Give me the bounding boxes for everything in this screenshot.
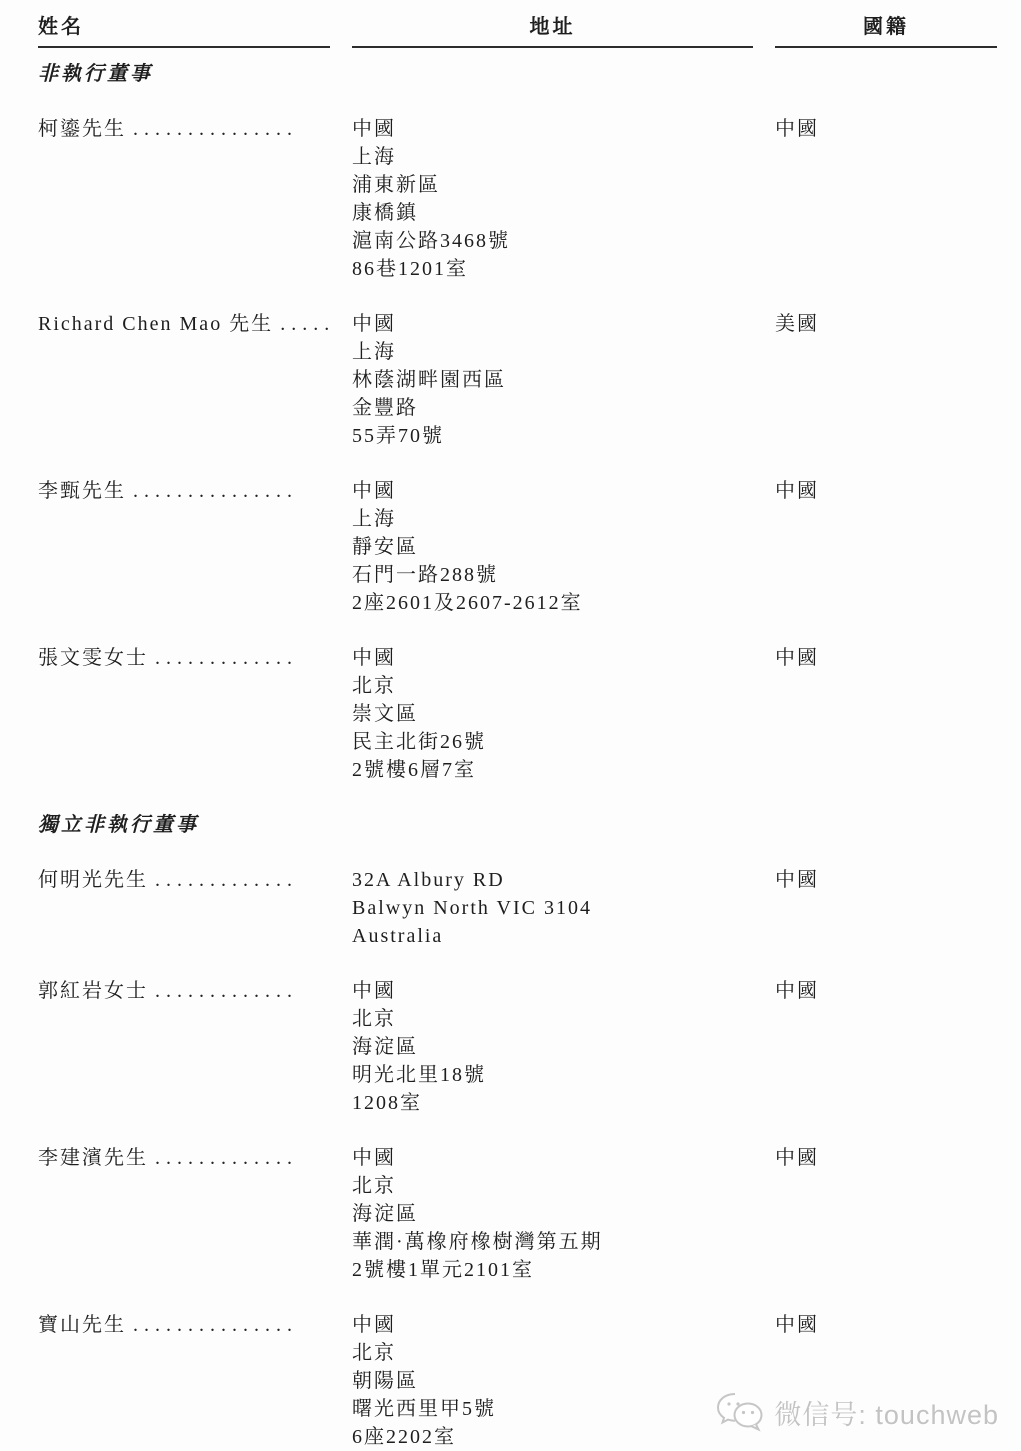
address-line: 中國 <box>352 115 753 143</box>
address-line: 中國 <box>352 310 753 338</box>
director-address-cell: 中國 上海 靜安區 石門一路288號 2座2601及2607-2612室 <box>352 477 753 617</box>
address-line: Australia <box>352 922 753 950</box>
address-line: 曙光西里甲5號 <box>352 1395 753 1423</box>
director-name-cell: 寶山先生............... <box>38 1311 330 1451</box>
address-line: 民主北街26號 <box>352 728 753 756</box>
directors-table: 姓名 地址 國籍 非執行董事 柯鎏先生............... 中國 上海… <box>38 14 997 1451</box>
director-nationality: 中國 <box>775 1144 997 1284</box>
director-name-cell: 何明光先生............. <box>38 866 330 950</box>
leader-dots: ............. <box>155 1147 298 1169</box>
address-line: 2座2601及2607-2612室 <box>352 589 753 617</box>
address-line: 北京 <box>352 672 753 700</box>
address-line: 2號樓1單元2101室 <box>352 1256 753 1284</box>
table-row: 張文雯女士............. 中國 北京 崇文區 民主北街26號 2號樓… <box>38 644 997 784</box>
director-name-cell: 李建濱先生............. <box>38 1144 330 1284</box>
address-line: 2號樓6層7室 <box>352 756 753 784</box>
director-address-cell: 中國 上海 浦東新區 康橋鎮 滬南公路3468號 86巷1201室 <box>352 115 753 283</box>
address-line: 1208室 <box>352 1089 753 1117</box>
leader-dots: ............... <box>133 118 298 140</box>
address-line: 北京 <box>352 1172 753 1200</box>
address-line: 上海 <box>352 143 753 171</box>
address-line: 86巷1201室 <box>352 255 753 283</box>
leader-dots: ............... <box>133 480 298 502</box>
director-address-cell: 中國 北京 崇文區 民主北街26號 2號樓6層7室 <box>352 644 753 784</box>
table-row: 郭紅岩女士............. 中國 北京 海淀區 明光北里18號 120… <box>38 977 997 1117</box>
leader-dots: ............. <box>155 980 298 1002</box>
director-name-cell: 張文雯女士............. <box>38 644 330 784</box>
section-title-non-executive-directors: 非執行董事 <box>38 60 997 88</box>
director-name-cell: 郭紅岩女士............. <box>38 977 330 1117</box>
watermark-label: 微信号: touchweb <box>774 1393 999 1432</box>
address-line: 康橋鎮 <box>352 199 753 227</box>
director-address-cell: 中國 上海 林蔭湖畔園西區 金豐路 55弄70號 <box>352 310 753 450</box>
address-line: 32A Albury RD <box>352 866 753 894</box>
address-line: 滬南公路3468號 <box>352 227 753 255</box>
director-nationality: 中國 <box>775 115 997 283</box>
column-header-nationality: 國籍 <box>775 14 997 48</box>
director-name: Richard Chen Mao 先生 <box>38 313 273 335</box>
director-name-cell: Richard Chen Mao 先生..... <box>38 310 330 450</box>
director-nationality: 中國 <box>775 977 997 1117</box>
address-line: 中國 <box>352 644 753 672</box>
table-header-row: 姓名 地址 國籍 <box>38 14 997 48</box>
table-row: 李建濱先生............. 中國 北京 海淀區 華潤·萬橡府橡樹灣第五… <box>38 1144 997 1284</box>
director-name: 李建濱先生 <box>38 1147 148 1169</box>
director-name: 何明光先生 <box>38 869 148 891</box>
director-name-cell: 柯鎏先生............... <box>38 115 330 283</box>
document-page: 姓名 地址 國籍 非執行董事 柯鎏先生............... 中國 上海… <box>0 0 1021 1451</box>
column-header-address: 地址 <box>352 14 753 48</box>
address-line: Balwyn North VIC 3104 <box>352 894 753 922</box>
address-line: 中國 <box>352 1144 753 1172</box>
leader-dots: ............... <box>133 1314 298 1336</box>
director-address-cell: 中國 北京 朝陽區 曙光西里甲5號 6座2202室 <box>352 1311 753 1451</box>
address-line: 中國 <box>352 977 753 1005</box>
director-name: 李甄先生 <box>38 480 126 502</box>
address-line: 靜安區 <box>352 533 753 561</box>
director-address-cell: 中國 北京 海淀區 明光北里18號 1208室 <box>352 977 753 1117</box>
director-nationality: 中國 <box>775 644 997 784</box>
director-nationality: 中國 <box>775 477 997 617</box>
address-line: 崇文區 <box>352 700 753 728</box>
watermark: 微信号: touchweb <box>715 1391 999 1433</box>
address-line: 55弄70號 <box>352 422 753 450</box>
column-header-name: 姓名 <box>38 14 330 48</box>
address-line: 上海 <box>352 338 753 366</box>
director-name: 柯鎏先生 <box>38 118 126 140</box>
leader-dots: ............. <box>155 647 298 669</box>
address-line: 中國 <box>352 477 753 505</box>
address-line: 華潤·萬橡府橡樹灣第五期 <box>352 1228 753 1256</box>
address-line: 海淀區 <box>352 1033 753 1061</box>
table-row: 柯鎏先生............... 中國 上海 浦東新區 康橋鎮 滬南公路3… <box>38 115 997 283</box>
address-line: 浦東新區 <box>352 171 753 199</box>
address-line: 明光北里18號 <box>352 1061 753 1089</box>
director-name-cell: 李甄先生............... <box>38 477 330 617</box>
address-line: 石門一路288號 <box>352 561 753 589</box>
table-row: 李甄先生............... 中國 上海 靜安區 石門一路288號 2… <box>38 477 997 617</box>
leader-dots: ............. <box>155 869 298 891</box>
address-line: 中國 <box>352 1311 753 1339</box>
table-row: 何明光先生............. 32A Albury RD Balwyn … <box>38 866 997 950</box>
address-line: 朝陽區 <box>352 1367 753 1395</box>
address-line: 上海 <box>352 505 753 533</box>
director-name: 寶山先生 <box>38 1314 126 1336</box>
director-address-cell: 32A Albury RD Balwyn North VIC 3104 Aust… <box>352 866 753 950</box>
table-row: Richard Chen Mao 先生..... 中國 上海 林蔭湖畔園西區 金… <box>38 310 997 450</box>
director-address-cell: 中國 北京 海淀區 華潤·萬橡府橡樹灣第五期 2號樓1單元2101室 <box>352 1144 753 1284</box>
address-line: 6座2202室 <box>352 1423 753 1451</box>
address-line: 金豐路 <box>352 394 753 422</box>
address-line: 林蔭湖畔園西區 <box>352 366 753 394</box>
address-line: 海淀區 <box>352 1200 753 1228</box>
director-nationality: 中國 <box>775 866 997 950</box>
leader-dots: ..... <box>280 313 330 335</box>
director-name: 郭紅岩女士 <box>38 980 148 1002</box>
address-line: 北京 <box>352 1339 753 1367</box>
wechat-icon <box>715 1391 765 1433</box>
director-nationality: 美國 <box>775 310 997 450</box>
section-title-independent-non-executive-directors: 獨立非執行董事 <box>38 811 997 839</box>
director-name: 張文雯女士 <box>38 647 148 669</box>
address-line: 北京 <box>352 1005 753 1033</box>
